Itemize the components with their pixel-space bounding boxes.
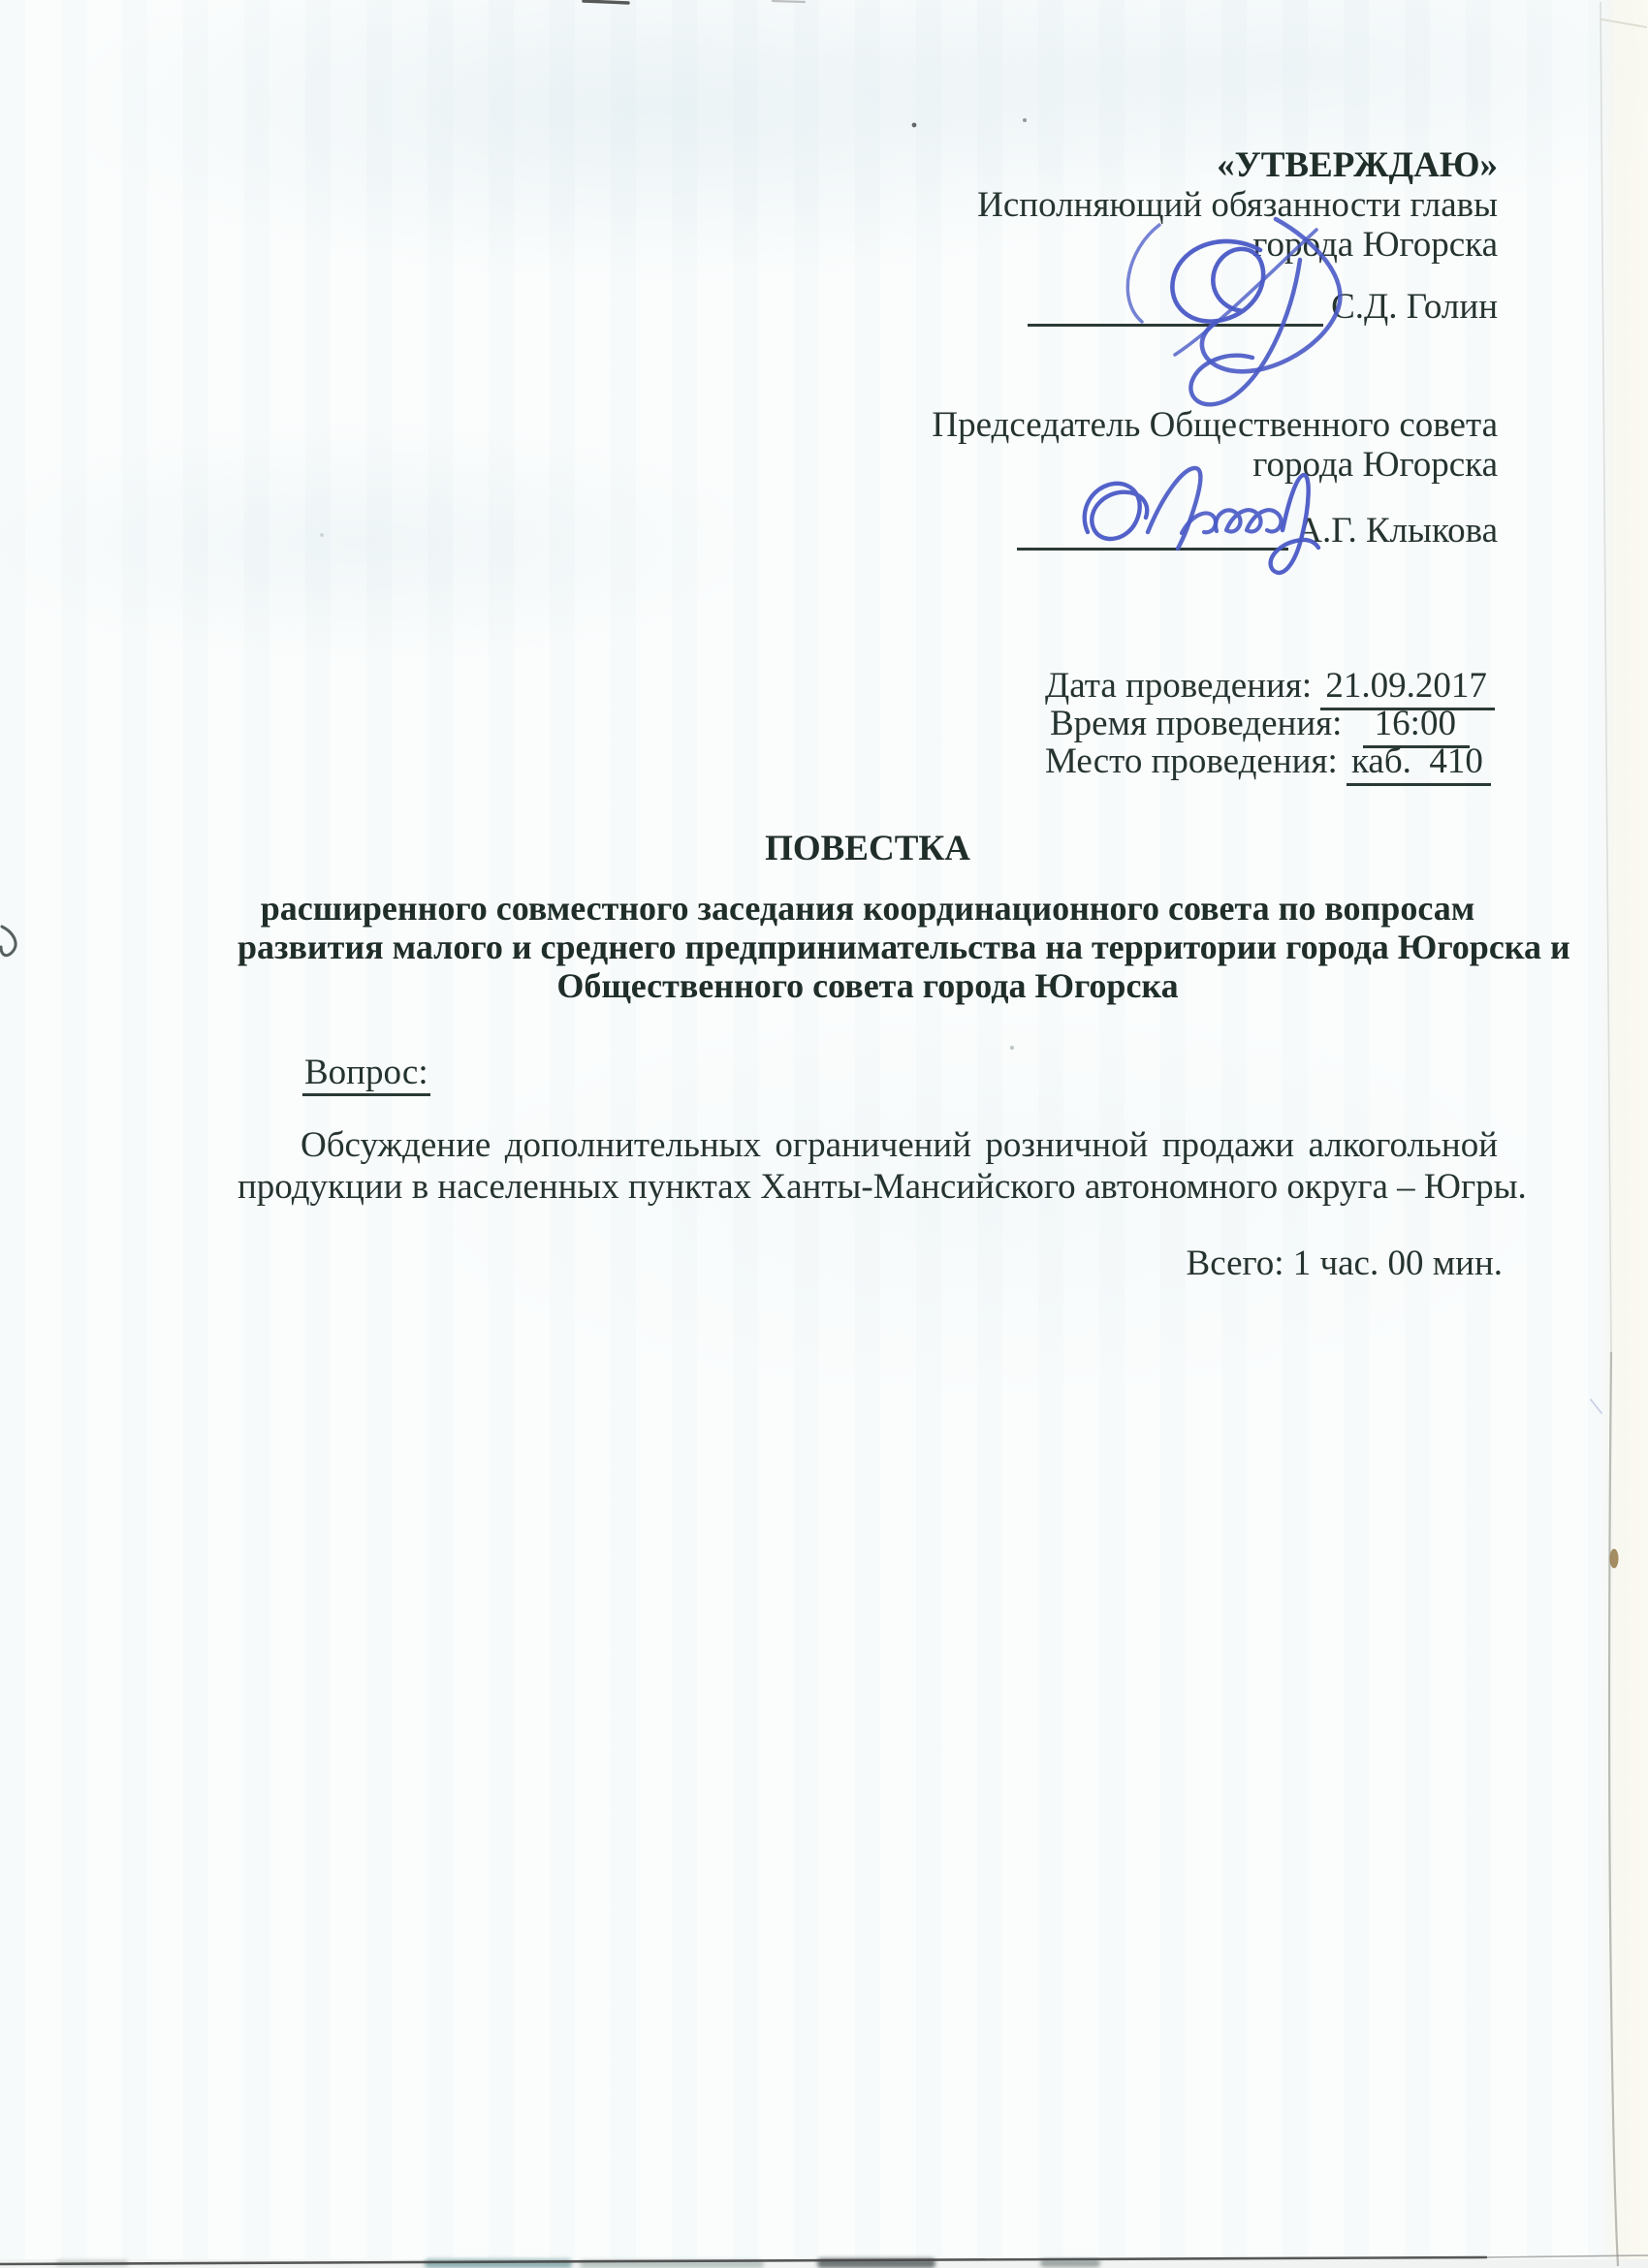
- approval1-role-line2: города Югорска: [1252, 225, 1498, 265]
- question-paragraph-line2: продукции в населенных пунктах Ханты-Ман…: [238, 1166, 1527, 1208]
- paper-edge-line: [1600, 2, 1619, 2266]
- total-duration: Всего: 1 час. 00 мин.: [238, 1244, 1503, 1283]
- approval2-role-line1: Председатель Общественного совета: [932, 405, 1498, 445]
- time-label: Время проведения:: [1050, 704, 1342, 743]
- scanner-bottom-strip: [0, 2259, 1648, 2268]
- scan-smudge: [817, 2258, 935, 2268]
- signatory-name: С.Д. Голин: [1331, 287, 1498, 327]
- place-label: Место проведения:: [1045, 741, 1338, 781]
- approval2-signature-row: А.Г. Клыкова: [1017, 511, 1498, 551]
- meeting-date-row: Дата проведения: 21.09.2017: [1045, 667, 1495, 705]
- meeting-place-row: Место проведения: каб. 410: [1045, 742, 1491, 780]
- question-paragraph-line1: Обсуждение дополнительных ограничений ро…: [238, 1124, 1498, 1166]
- agenda-title: ПОВЕСТКА: [238, 829, 1498, 868]
- signature-blank-line: [1028, 324, 1323, 327]
- agenda-subtitle-line3: Общественного совета города Югорска: [238, 966, 1498, 1005]
- scan-smudge: [425, 2259, 572, 2268]
- meeting-time-row: Время проведения: 16:00: [1050, 705, 1470, 742]
- paper-edge-shading: [1600, 0, 1648, 2268]
- approval1-role-line1: Исполняющий обязанности главы: [977, 185, 1498, 225]
- signature-blank-line: [1017, 548, 1288, 551]
- scan-smudge: [580, 2260, 764, 2268]
- approval-stamp: «УТВЕРЖДАЮ»: [1217, 145, 1498, 185]
- date-label: Дата проведения:: [1045, 666, 1312, 706]
- approval2-role-line2: города Югорска: [1252, 445, 1498, 485]
- scan-smudge: [1040, 2259, 1100, 2267]
- signatory-name: А.Г. Клыкова: [1296, 511, 1498, 551]
- agenda-subtitle-line1: расширенного совместного заседания коорд…: [238, 889, 1498, 928]
- question-label: Вопрос:: [302, 1053, 430, 1096]
- scanned-agenda-document: «УТВЕРЖДАЮ» Исполняющий обязанности глав…: [0, 0, 1648, 2268]
- question-label-row: Вопрос:: [302, 1053, 430, 1092]
- scan-smudge: [56, 2260, 128, 2266]
- agenda-subtitle-line2: развития малого и среднего предпринимате…: [238, 928, 1498, 966]
- approval1-signature-row: С.Д. Голин: [1028, 287, 1498, 327]
- place-value: каб. 410: [1347, 741, 1491, 786]
- scanner-bottom-line: [0, 2255, 1648, 2264]
